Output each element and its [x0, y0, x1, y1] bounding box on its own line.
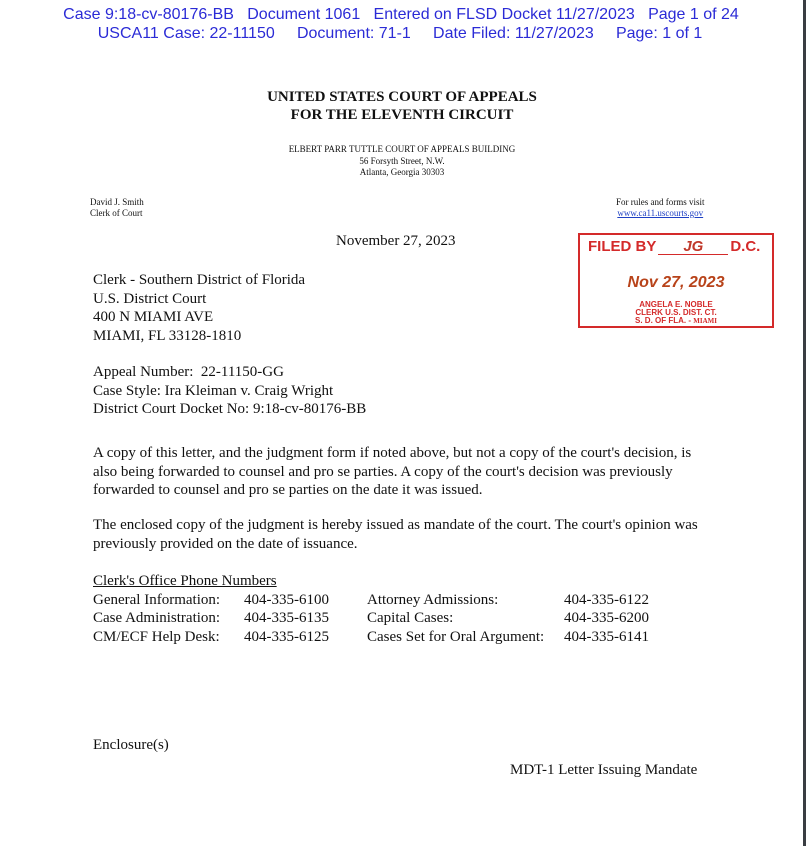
rules-block: For rules and forms visit www.ca11.uscou…: [616, 197, 705, 219]
appeal-number: Appeal Number: 22-11150-GG: [93, 363, 366, 382]
form-identifier: MDT-1 Letter Issuing Mandate: [510, 762, 697, 779]
court-subtitle: FOR THE ELEVENTH CIRCUIT: [0, 106, 804, 124]
address-line: 400 N MIAMI AVE: [93, 308, 305, 327]
building-name: ELBERT PARR TUTTLE COURT OF APPEALS BUIL…: [0, 143, 804, 155]
building-city: Atlanta, Georgia 30303: [0, 166, 804, 178]
phone-heading: Clerk's Office Phone Numbers: [93, 572, 664, 591]
filed-stamp: FILED BYJGD.C. Nov 27, 2023 ANGELA E. NO…: [578, 233, 774, 328]
scrollbar[interactable]: [803, 0, 806, 846]
phone-numbers: Clerk's Office Phone Numbers General Inf…: [93, 572, 664, 646]
district-docket-header: Case 9:18-cv-80176-BB Document 1061 Ente…: [0, 6, 807, 24]
case-style: Case Style: Ira Kleiman v. Craig Wright: [93, 382, 366, 401]
phone-row: Case Administration:404-335-6135Capital …: [93, 609, 664, 628]
case-info: Appeal Number: 22-11150-GG Case Style: I…: [93, 363, 366, 419]
phone-row: CM/ECF Help Desk:404-335-6125Cases Set f…: [93, 628, 664, 647]
enclosure-note: Enclosure(s): [93, 737, 169, 754]
address-line: MIAMI, FL 33128-1810: [93, 327, 305, 346]
clerk-block: David J. Smith Clerk of Court: [90, 197, 144, 219]
paragraph-mandate: The enclosed copy of the judgment is her…: [93, 516, 713, 553]
clerk-name: David J. Smith: [90, 197, 144, 208]
stamp-date: Nov 27, 2023: [580, 274, 772, 292]
address-line: Clerk - Southern District of Florida: [93, 271, 305, 290]
phone-row: General Information:404-335-6100Attorney…: [93, 591, 664, 610]
court-website-link[interactable]: www.ca11.uscourts.gov: [617, 208, 703, 218]
paragraph-copy-notice: A copy of this letter, and the judgment …: [93, 444, 713, 500]
recipient-address: Clerk - Southern District of Florida U.S…: [93, 271, 305, 345]
court-title: UNITED STATES COURT OF APPEALS: [0, 88, 804, 106]
address-line: U.S. District Court: [93, 290, 305, 309]
stamp-filed-by: FILED BYJGD.C.: [588, 238, 760, 255]
rules-text: For rules and forms visit: [616, 197, 705, 208]
stamp-initials: JG: [658, 240, 728, 255]
clerk-title: Clerk of Court: [90, 208, 144, 219]
letter-date: November 27, 2023: [336, 233, 456, 250]
stamp-district: S. D. OF FLA. - MIAMI: [580, 316, 772, 326]
appeals-docket-header: USCA11 Case: 22-11150 Document: 71-1 Dat…: [0, 25, 806, 43]
district-docket-number: District Court Docket No: 9:18-cv-80176-…: [93, 400, 366, 419]
